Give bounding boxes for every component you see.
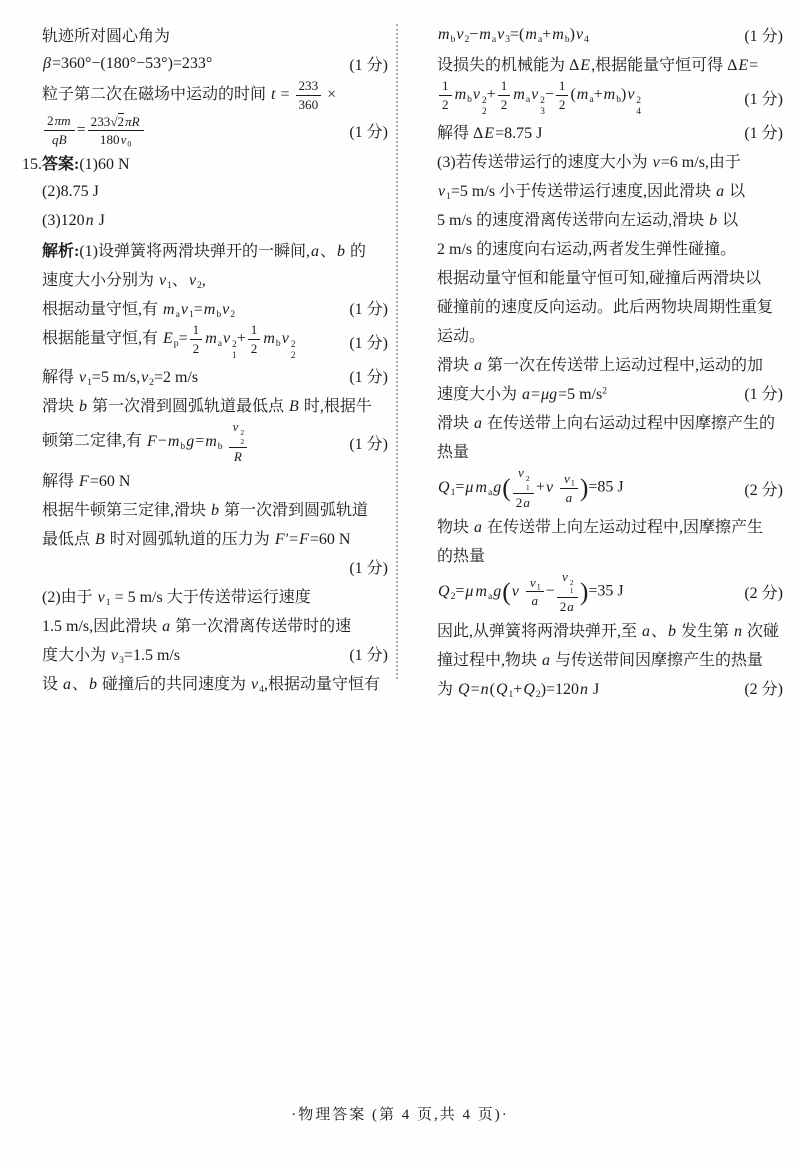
line-content: mbv2−mav3=(ma+mb)v4 — [437, 26, 589, 44]
math-variable: v3 — [496, 26, 510, 43]
text-line: 滑块 a 在传送带上向右运动过程中因摩擦产生的 — [437, 407, 783, 436]
fraction: 2πmqB — [44, 113, 75, 148]
text-line: 2πmqB=233√2πR180v0(1 分) — [22, 113, 388, 149]
text-line: 热量 — [437, 436, 783, 465]
math-variable: v2 — [455, 26, 469, 43]
math-variable: v24 — [626, 86, 641, 103]
line-content: 运动。 — [437, 323, 485, 346]
line-content: (3)120n J — [42, 212, 105, 230]
right-column: mbv2−mav3=(ma+mb)v4(1 分)设损失的机械能为 ΔE,根据能量… — [437, 20, 783, 702]
text-line: β=360°−(180°−53°)=233°(1 分) — [22, 49, 388, 78]
math-variable: Q2 — [522, 681, 540, 698]
text-line: 设损失的机械能为 ΔE,根据能量守恒可得 ΔE= — [437, 49, 783, 78]
fraction: v22R — [229, 419, 248, 465]
score-label: (2 分) — [738, 676, 783, 699]
math-variable: v21 — [517, 465, 530, 492]
line-content: 热量 — [437, 439, 469, 462]
math-variable: v1 — [529, 575, 541, 591]
math-variable: mb — [551, 26, 569, 43]
math-variable: ma — [474, 479, 492, 496]
math-variable: v1 — [78, 369, 92, 386]
line-content: (3)若传送带运行的速度大小为 v=6 m/s,由于 — [437, 149, 741, 172]
math-variable: mb — [437, 26, 455, 43]
fraction: 12 — [190, 322, 203, 357]
fraction: 233√2πR180v0 — [88, 113, 144, 149]
text-line: 2 m/s 的速度向右运动,两者发生弹性碰撞。 — [437, 233, 783, 262]
math-variable: v4 — [575, 26, 589, 43]
text-line: 运动。 — [437, 320, 783, 349]
text-line: (3)120n J — [22, 206, 388, 235]
line-content: 为 Q=n(Q1+Q2)=120n J — [437, 676, 599, 699]
math-variable: mb — [203, 301, 221, 318]
line-content: 的热量 — [437, 543, 485, 566]
math-variable: ma — [162, 301, 180, 318]
line-content: 速度大小分别为 v1、v2, — [42, 267, 206, 290]
text-line: Q1=μmag(v212a+v v1a)=85 J(2 分) — [437, 465, 783, 511]
text-line: 轨迹所对圆心角为 — [22, 20, 388, 49]
line-content: 最低点 B 时对圆弧轨道的压力为 F′=F=60 N — [42, 526, 350, 549]
text-line: 粒子第二次在磁场中运动的时间 t = 233360 × — [22, 78, 388, 113]
line-content: β=360°−(180°−53°)=233° — [42, 55, 212, 73]
math-variable: v1 — [97, 589, 111, 606]
score-label: (1 分) — [738, 86, 783, 109]
line-content: 速度大小为 a=μg=5 m/s2 — [437, 381, 607, 404]
score-label: (1 分) — [343, 431, 388, 454]
math-variable: v22 — [472, 86, 487, 103]
math-variable: v1 — [180, 301, 194, 318]
math-variable: v2 — [221, 301, 235, 318]
line-content: 设损失的机械能为 ΔE,根据能量守恒可得 ΔE= — [437, 52, 758, 75]
text-line: 设 a、b 碰撞后的共同速度为 v4,根据动量守恒有 — [22, 668, 388, 697]
line-content: 物块 a 在传送带上向左运动过程中,因摩擦产生 — [437, 514, 763, 537]
math-variable: Q1 — [437, 479, 455, 496]
score-label: (2 分) — [738, 477, 783, 500]
square-root: √2 — [110, 113, 124, 130]
text-line: 碰撞前的速度反向运动。此后两物块周期性重复 — [437, 291, 783, 320]
line-content: 滑块 b 第一次滑到圆弧轨道最低点 B 时,根据牛 — [42, 393, 372, 416]
fraction: 12 — [248, 322, 261, 357]
line-content: Q1=μmag(v212a+v v1a)=85 J — [437, 465, 624, 511]
line-content: 15.答案:(1)60 N — [22, 151, 130, 174]
math-variable: v2 — [188, 272, 202, 289]
text-line: 解得 F=60 N — [22, 465, 388, 494]
fraction: 12 — [498, 78, 511, 113]
text-line: 解得 ΔE=8.75 J(1 分) — [437, 117, 783, 146]
line-content: 顿第二定律,有 F−mbg=mb v22R — [42, 419, 249, 465]
line-content: 根据牛顿第三定律,滑块 b 第一次滑到圆弧轨道 — [42, 497, 368, 520]
score-label: (1 分) — [738, 381, 783, 404]
text-line: 15.答案:(1)60 N — [22, 148, 388, 177]
line-content: 解析:(1)设弹簧将两滑块弹开的一瞬间,a、b 的 — [42, 238, 366, 261]
fraction: v1a — [560, 471, 578, 506]
line-content: 根据能量守恒,有 Ep=12mav21+12mbv22 — [42, 322, 295, 361]
text-line: (2)8.75 J — [22, 177, 388, 206]
score-label: (1 分) — [343, 119, 388, 142]
math-variable: v3 — [110, 647, 124, 664]
line-content: (2)8.75 J — [42, 183, 99, 201]
text-line: 因此,从弹簧将两滑块弹开,至 a、b 发生第 n 次碰 — [437, 615, 783, 644]
line-content: 度大小为 v3=1.5 m/s — [42, 642, 180, 665]
fraction: v212a — [557, 569, 578, 615]
text-line: 12mbv22+12mav23−12(ma+mb)v24(1 分) — [437, 78, 783, 117]
math-variable: v1 — [437, 183, 451, 200]
fraction: 12 — [556, 78, 569, 113]
text-line: Q2=μmag(v v1a−v212a)=35 J(2 分) — [437, 569, 783, 615]
math-variable: ma — [512, 86, 530, 103]
math-variable: ma — [576, 86, 594, 103]
text-line: 根据动量守恒,有 mav1=mbv2(1 分) — [22, 293, 388, 322]
math-variable: v1 — [563, 471, 575, 487]
text-line: 5 m/s 的速度滑离传送带向左运动,滑块 b 以 — [437, 204, 783, 233]
math-variable: v22 — [281, 330, 296, 347]
text-line: 解析:(1)设弹簧将两滑块弹开的一瞬间,a、b 的 — [22, 235, 388, 264]
score-label: (1 分) — [343, 364, 388, 387]
math-variable: ma — [478, 26, 496, 43]
fraction: v212a — [513, 465, 534, 511]
score-label: (1 分) — [343, 330, 388, 353]
line-content: 12mbv22+12mav23−12(ma+mb)v24 — [437, 78, 641, 117]
math-variable: ma — [524, 26, 542, 43]
line-content: (2)由于 v1 = 5 m/s 大于传送带运行速度 — [42, 584, 311, 607]
math-variable: mb — [454, 86, 472, 103]
math-variable: mb — [603, 86, 621, 103]
text-line: 为 Q=n(Q1+Q2)=120n J(2 分) — [437, 673, 783, 702]
math-variable: v22 — [232, 419, 245, 446]
math-variable: mb — [204, 433, 222, 450]
score-label: (2 分) — [738, 580, 783, 603]
math-variable: v21 — [561, 569, 574, 596]
text-line: 滑块 b 第一次滑到圆弧轨道最低点 B 时,根据牛 — [22, 390, 388, 419]
line-content: 撞过程中,物块 a 与传送带间因摩擦产生的热量 — [437, 647, 763, 670]
score-label: (1 分) — [343, 642, 388, 665]
text-line: (2)由于 v1 = 5 m/s 大于传送带运行速度 — [22, 581, 388, 610]
math-variable: v23 — [530, 86, 545, 103]
line-content: Q2=μmag(v v1a−v212a)=35 J — [437, 569, 624, 615]
text-line: 根据能量守恒,有 Ep=12mav21+12mbv22(1 分) — [22, 322, 388, 361]
text-line: 解得 v1=5 m/s,v2=2 m/s(1 分) — [22, 361, 388, 390]
footer-page-label: ·物理答案 (第 4 页,共 4 页)· — [0, 1103, 800, 1124]
text-line: 撞过程中,物块 a 与传送带间因摩擦产生的热量 — [437, 644, 783, 673]
math-variable: v21 — [222, 330, 237, 347]
line-content: 5 m/s 的速度滑离传送带向左运动,滑块 b 以 — [437, 207, 738, 230]
text-line: 1.5 m/s,因此滑块 a 第一次滑离传送带时的速 — [22, 610, 388, 639]
page: 轨迹所对圆心角为β=360°−(180°−53°)=233°(1 分)粒子第二次… — [0, 0, 800, 1165]
text-line: 根据牛顿第三定律,滑块 b 第一次滑到圆弧轨道 — [22, 494, 388, 523]
math-variable: ma — [204, 330, 222, 347]
text-line: 速度大小为 a=μg=5 m/s2(1 分) — [437, 378, 783, 407]
text-line: mbv2−mav3=(ma+mb)v4(1 分) — [437, 20, 783, 49]
line-content: 1.5 m/s,因此滑块 a 第一次滑离传送带时的速 — [42, 613, 351, 636]
math-variable: Q2 — [437, 583, 455, 600]
line-content: 设 a、b 碰撞后的共同速度为 v4,根据动量守恒有 — [42, 671, 380, 694]
text-line: (3)若传送带运行的速度大小为 v=6 m/s,由于 — [437, 146, 783, 175]
line-content: 碰撞前的速度反向运动。此后两物块周期性重复 — [437, 294, 773, 317]
line-content: 粒子第二次在磁场中运动的时间 t = 233360 × — [42, 78, 336, 113]
text-line: v1=5 m/s 小于传送带运行速度,因此滑块 a 以 — [437, 175, 783, 204]
text-line: 滑块 a 第一次在传送带上运动过程中,运动的加 — [437, 349, 783, 378]
text-line: 顿第二定律,有 F−mbg=mb v22R(1 分) — [22, 419, 388, 465]
score-label: (1 分) — [738, 23, 783, 46]
line-content: 解得 F=60 N — [42, 468, 130, 491]
text-line: 根据动量守恒和能量守恒可知,碰撞后两滑块以 — [437, 262, 783, 291]
math-variable: ma — [474, 583, 492, 600]
math-variable: Q1 — [495, 681, 513, 698]
line-content: 根据动量守恒和能量守恒可知,碰撞后两滑块以 — [437, 265, 761, 288]
math-variable: v4 — [250, 676, 264, 693]
fraction: v1a — [526, 575, 544, 610]
math-variable: v1 — [158, 272, 172, 289]
text-line: 度大小为 v3=1.5 m/s(1 分) — [22, 639, 388, 668]
line-content: 解得 ΔE=8.75 J — [437, 120, 542, 143]
math-variable: v0 — [120, 132, 132, 148]
line-content: 根据动量守恒,有 mav1=mbv2 — [42, 296, 235, 319]
score-line: (1 分) — [22, 552, 388, 581]
left-column: 轨迹所对圆心角为β=360°−(180°−53°)=233°(1 分)粒子第二次… — [22, 20, 388, 697]
text-line: 的热量 — [437, 540, 783, 569]
line-content: v1=5 m/s 小于传送带运行速度,因此滑块 a 以 — [437, 178, 745, 201]
column-divider — [396, 24, 398, 679]
line-content: 解得 v1=5 m/s,v2=2 m/s — [42, 364, 198, 387]
score-label: (1 分) — [343, 52, 388, 75]
math-variable: mb — [262, 330, 280, 347]
math-variable: Ep — [162, 330, 179, 347]
fraction: 12 — [439, 78, 452, 113]
line-content: 滑块 a 第一次在传送带上运动过程中,运动的加 — [437, 352, 763, 375]
score-label: (1 分) — [343, 296, 388, 319]
text-line: 最低点 B 时对圆弧轨道的压力为 F′=F=60 N — [22, 523, 388, 552]
math-variable: v2 — [140, 369, 154, 386]
score-label: (1 分) — [738, 120, 783, 143]
math-variable: mb — [167, 433, 185, 450]
score-label: (1 分) — [343, 555, 388, 578]
fraction: 233360 — [296, 78, 322, 113]
line-content: 因此,从弹簧将两滑块弹开,至 a、b 发生第 n 次碰 — [437, 618, 779, 641]
text-line: 速度大小分别为 v1、v2, — [22, 264, 388, 293]
line-content: 轨迹所对圆心角为 — [42, 23, 170, 46]
text-line: 物块 a 在传送带上向左运动过程中,因摩擦产生 — [437, 511, 783, 540]
line-content: 滑块 a 在传送带上向右运动过程中因摩擦产生的 — [437, 410, 775, 433]
line-content: 2 m/s 的速度向右运动,两者发生弹性碰撞。 — [437, 236, 736, 259]
line-content: 2πmqB=233√2πR180v0 — [42, 113, 146, 149]
